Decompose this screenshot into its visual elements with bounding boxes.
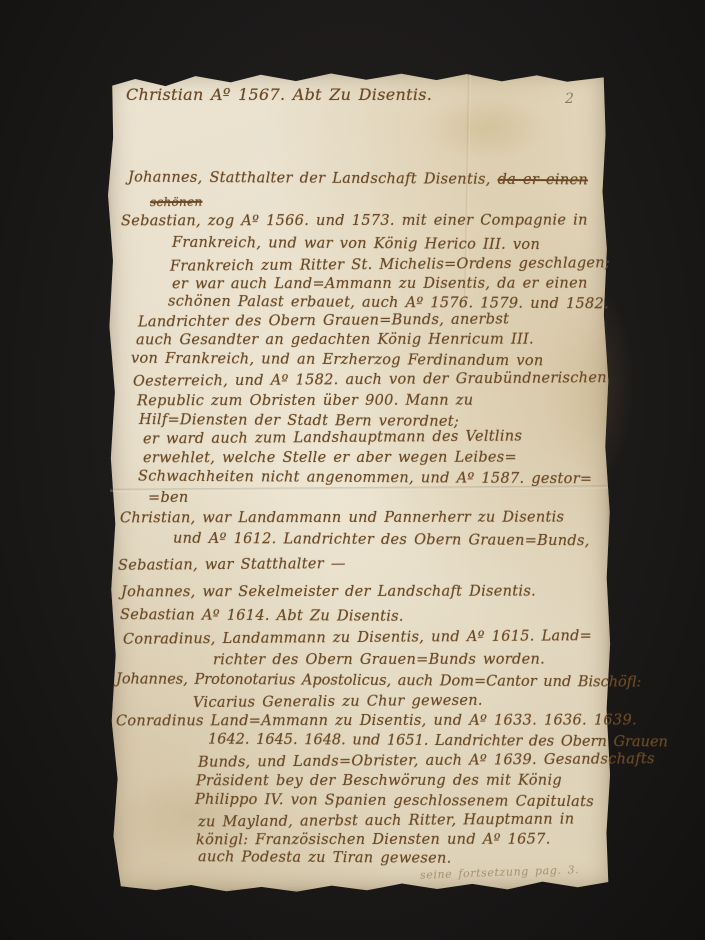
manuscript-line: richter des Obern Grauen=Bunds worden. — [213, 651, 545, 670]
heading-line: Christian Aº 1567. Abt Zu Disentis. — [126, 86, 432, 104]
manuscript-line: königl: Französischen Diensten und Aº 16… — [196, 831, 551, 850]
manuscript-line: Schwachheiten nicht angenommen, und Aº 1… — [138, 468, 592, 489]
manuscript-line: zu Mayland, anerbst auch Ritter, Hauptma… — [198, 811, 574, 832]
manuscript-line: 1642. 1645. 1648. und 1651. Landrichter … — [208, 731, 668, 752]
manuscript-line: =ben — [148, 489, 189, 507]
photograph-of-manuscript: { "colors": { "background": "#1c1a19", "… — [0, 0, 705, 940]
manuscript-line: auch Podesta zu Tiran gewesen. — [198, 848, 452, 868]
manuscript-line: Conradinus Land=Ammann zu Disentis, und … — [116, 712, 637, 731]
manuscript-line: Johannes, war Sekelmeister der Landschaf… — [121, 583, 536, 602]
manuscript-line: Sebastian, war Statthalter — — [118, 555, 346, 575]
manuscript-line: Sebastian Aº 1614. Abt Zu Disentis. — [120, 606, 404, 626]
manuscript-line: Republic zum Obristen über 900. Mann zu — [137, 392, 473, 411]
manuscript-line: und Aº 1612. Landrichter des Obern Graue… — [173, 530, 590, 551]
manuscript-line: Oesterreich, und Aº 1582. auch von der G… — [133, 369, 607, 391]
manuscript-line: Bunds, und Lands=Obrister, auch Aº 1639.… — [198, 750, 655, 772]
manuscript-line: von Frankreich, und an Erzherzog Ferdina… — [131, 350, 544, 371]
page-number: 2 — [565, 90, 574, 108]
manuscript-line: Johannes, Protonotarius Apostolicus, auc… — [116, 670, 641, 691]
manuscript-line: Sebastian, zog Aº 1566. und 1573. mit ei… — [121, 212, 588, 231]
manuscript-line: auch Gesandter an gedachten König Henric… — [136, 331, 534, 350]
manuscript-line: Präsident bey der Beschwörung des mit Kö… — [196, 772, 562, 791]
manuscript-line: Christian, war Landammann und Pannerherr… — [120, 509, 564, 528]
manuscript-line: Frankreich zum Ritter St. Michelis=Orden… — [170, 254, 610, 275]
manuscript-line: Vicarius Generalis zu Chur gewesen. — [193, 692, 483, 712]
manuscript-line: er ward auch zum Landshauptmann des Velt… — [143, 428, 522, 449]
manuscript-line: Conradinus, Landammann zu Disentis, und … — [123, 627, 592, 649]
manuscript-line: erwehlet, welche Stelle er aber wegen Le… — [143, 449, 517, 468]
manuscript-line: Frankreich, und war von König Herico III… — [172, 234, 540, 254]
manuscript-line: Johannes, Statthalter der Landschaft Dis… — [128, 169, 588, 190]
manuscript-line: er war auch Land=Ammann zu Disentis, da … — [172, 275, 588, 294]
manuscript-line-struck-insert: schönen — [150, 193, 203, 211]
manuscript-line: schönen Palast erbauet, auch Aº 1576. 15… — [168, 293, 609, 314]
manuscript-line: Philippo IV. von Spanien geschlossenem C… — [195, 791, 594, 811]
manuscript-line: Landrichter des Obern Grauen=Bunds, aner… — [138, 311, 509, 332]
